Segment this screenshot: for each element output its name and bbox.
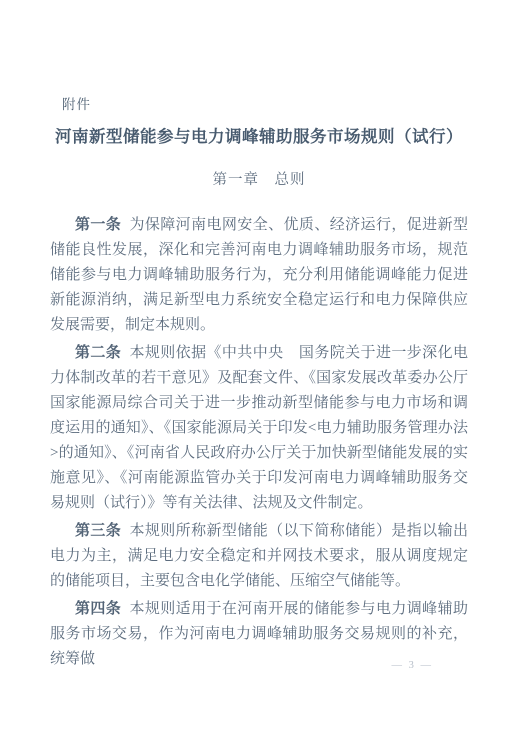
document-title: 河南新型储能参与电力调峰辅助服务市场规则（试行）: [50, 126, 468, 148]
attachment-label: 附件: [62, 97, 468, 113]
article-1-label: 第一条: [75, 217, 121, 233]
document-page: 附件 河南新型储能参与电力调峰辅助服务市场规则（试行） 第一章 总则 第一条为保…: [0, 0, 528, 741]
article-3-label: 第三条: [75, 523, 121, 539]
document-body: 第一条为保障河南电网安全、优质、经济运行，促进新型储能良性发展，深化和完善河南电…: [50, 213, 468, 672]
article-paragraph-1: 第一条为保障河南电网安全、优质、经济运行，促进新型储能良性发展，深化和完善河南电…: [50, 213, 468, 338]
page-number: — 3 —: [392, 660, 434, 672]
article-4-label: 第四条: [75, 601, 121, 617]
article-paragraph-2: 第二条本规则依据《中共中央 国务院关于进一步深化电力体制改革的若干意见》及配套文…: [50, 341, 468, 516]
article-1-text: 为保障河南电网安全、优质、经济运行，促进新型储能良性发展，深化和完善河南电力调峰…: [50, 217, 468, 333]
article-2-text: 本规则依据《中共中央 国务院关于进一步深化电力体制改革的若干意见》及配套文件、《…: [50, 345, 483, 511]
article-2-label: 第二条: [75, 345, 121, 361]
article-paragraph-3: 第三条本规则所称新型储能（以下简称储能）是指以输出电力为主，满足电力安全稳定和并…: [50, 519, 468, 594]
chapter-heading: 第一章 总则: [50, 171, 468, 189]
